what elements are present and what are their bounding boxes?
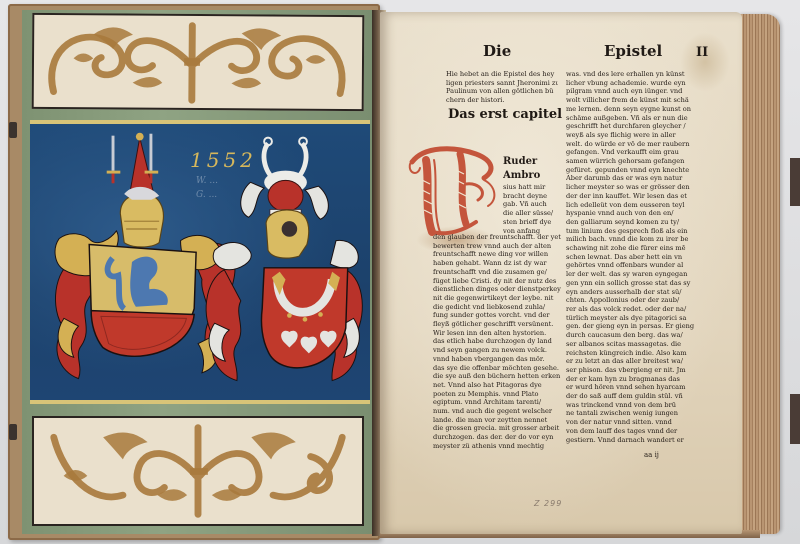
pencil-note: W. ...	[196, 176, 218, 186]
acanthus-scroll-icon	[34, 418, 362, 524]
pencil-shelfmark: Z 299	[534, 499, 562, 508]
intro-text: Hie hebet an die Epistel des hey ligen p…	[446, 70, 558, 105]
chapter-title: Das erst capitel	[448, 107, 562, 122]
clasp-hinge-bottom	[9, 424, 17, 440]
acanthus-scroll-icon	[34, 15, 363, 109]
page-fore-edge	[738, 14, 780, 534]
left-painted-board: 1552 W. ... G. ...	[8, 4, 380, 540]
book-clamp-top	[790, 158, 800, 206]
book-clamp-bottom	[790, 394, 800, 444]
pencil-note: G. ...	[196, 190, 217, 200]
text-column-right: was. vnd des lere erhallen yn künst lich…	[566, 70, 698, 444]
folio-number: II	[696, 45, 708, 60]
running-head-left: Die	[483, 42, 511, 60]
painted-date: 1552	[190, 148, 257, 172]
signature-mark: aa ij	[644, 451, 659, 459]
clasp-hinge-top	[9, 122, 17, 138]
initial-letter-b-icon	[404, 140, 502, 238]
printed-page: Die Epistel II Hie hebet an die Epistel …	[380, 12, 742, 534]
bottom-acanthus-border	[32, 416, 364, 526]
blue-heraldic-field: 1552 W. ... G. ...	[30, 120, 370, 404]
initial-adjacent-text: Ruder Ambro sius hatt mir bracht deyne g…	[503, 155, 561, 235]
running-head-right: Epistel	[604, 42, 662, 60]
top-acanthus-border	[32, 13, 365, 111]
text-column-left: den glauben der freuntschafft. der yetz …	[433, 233, 561, 451]
rubricated-initial	[404, 140, 502, 238]
